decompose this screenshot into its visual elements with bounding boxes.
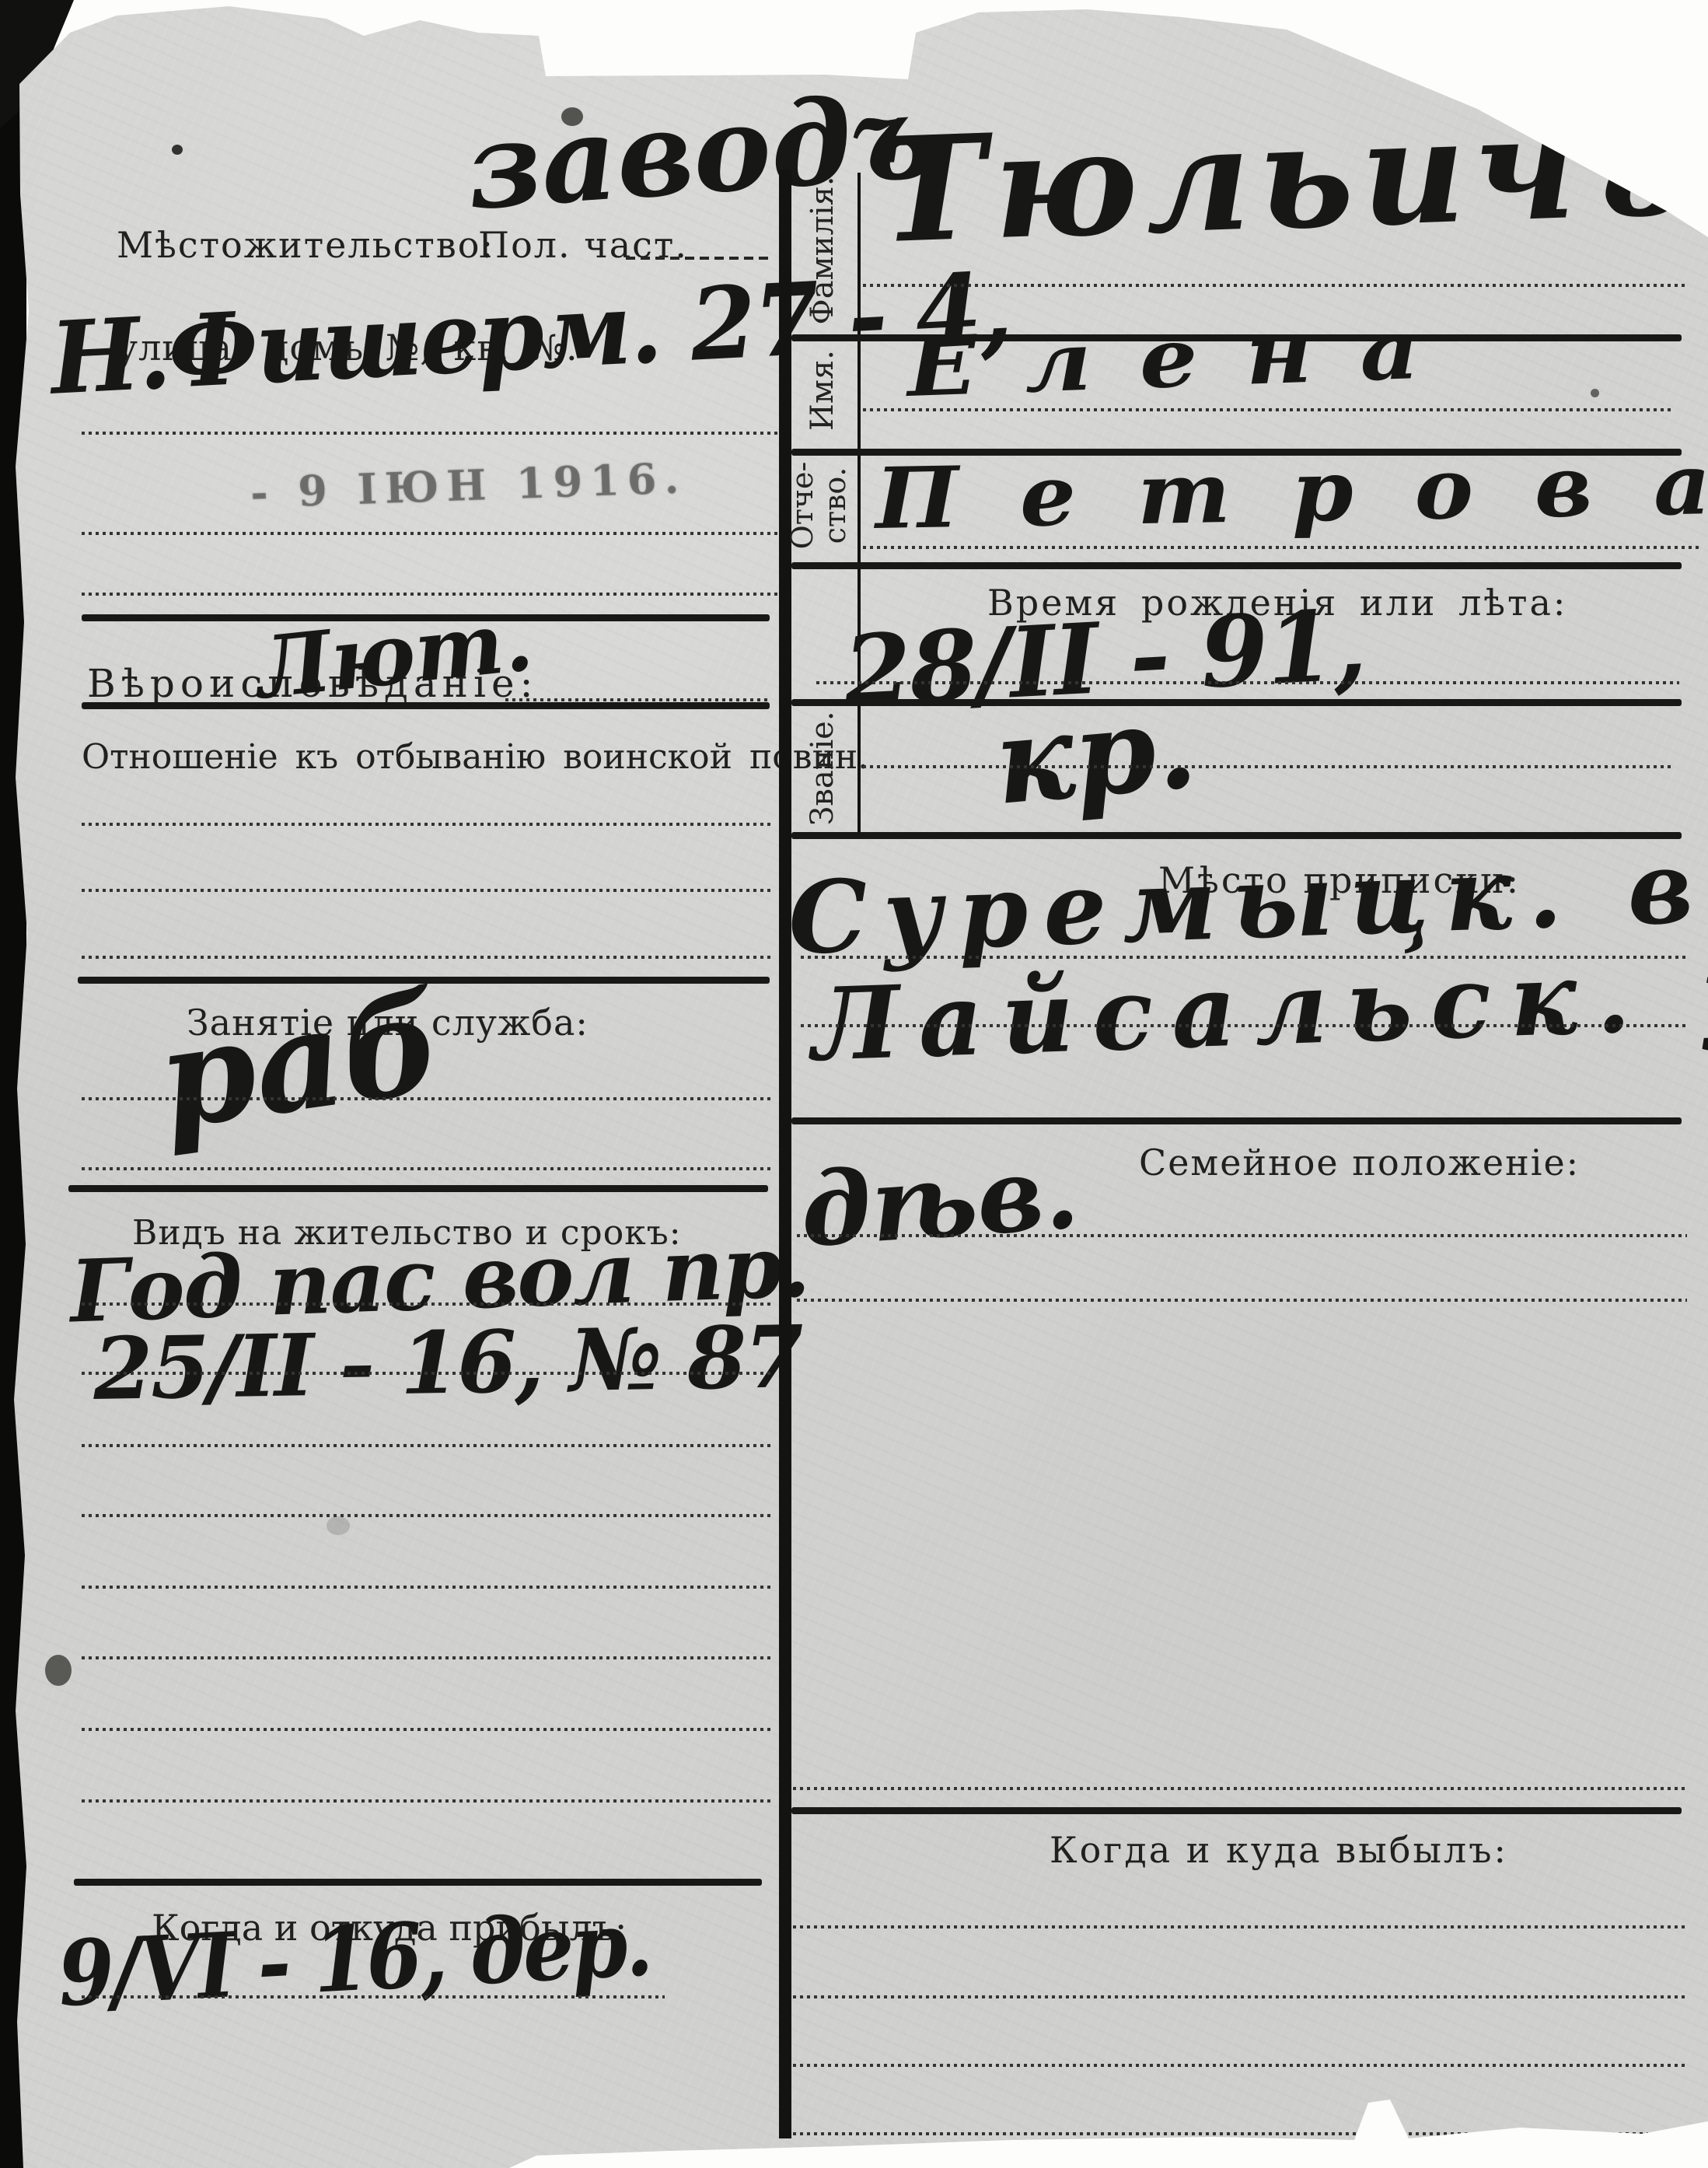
- section-line: [68, 1185, 768, 1192]
- ruled-line: [793, 2132, 1648, 2135]
- ruled-line: [863, 408, 1671, 411]
- police-part-value: заводъ: [463, 77, 941, 226]
- ink-speck: [172, 145, 183, 155]
- ruled-line: [863, 284, 1689, 287]
- ruled-line: [797, 1299, 1687, 1302]
- ruled-line: [82, 1728, 774, 1731]
- section-line: [74, 1879, 762, 1886]
- patronymic-value: Петрова: [875, 442, 1708, 541]
- surname-side-label: Фамилія.: [805, 177, 840, 325]
- paper-stain: [45, 1655, 72, 1686]
- label-strip-line: [857, 173, 861, 834]
- rank-value: кр.: [990, 687, 1201, 821]
- ruled-line: [816, 681, 1679, 684]
- patronymic-side-label: Отче- ство.: [787, 462, 852, 550]
- ruled-line: [82, 1444, 774, 1447]
- registration-value-line2: Лайсальск. у: [810, 942, 1708, 1075]
- name-side-label: Имя.: [805, 350, 840, 431]
- ruled-line: [82, 1586, 774, 1589]
- ruled-line: [82, 1167, 774, 1170]
- row-line: [791, 699, 1682, 706]
- permit-value-line2: 25/ІІ - 16, № 87: [93, 1314, 802, 1412]
- ruled-line: [82, 1303, 774, 1306]
- ruled-line: [626, 257, 774, 260]
- ruled-line: [82, 1799, 774, 1803]
- ruled-line: [505, 698, 770, 701]
- military-duty-label: Отношеніе къ отбыванію воинской повин.: [82, 737, 868, 777]
- rank-side-label: Званіе.: [805, 711, 840, 825]
- ruled-line: [801, 1024, 1687, 1027]
- ruled-line: [82, 532, 777, 535]
- ink-speck: [561, 107, 583, 126]
- ruled-line: [797, 1234, 1687, 1237]
- ruled-line: [82, 1995, 665, 1998]
- occupation-value: раб: [152, 975, 449, 1149]
- name-value: Елена: [906, 307, 1469, 408]
- ruled-line: [82, 1514, 774, 1517]
- family-status-label: Семейное положеніе:: [1139, 1142, 1580, 1184]
- ruled-line: [793, 1995, 1687, 1998]
- surname-value: Тюльичъ: [876, 91, 1698, 264]
- date-stamp: - 9 ІЮН 1916.: [250, 453, 687, 518]
- row-line: [791, 1807, 1682, 1814]
- ruled-line: [82, 432, 777, 435]
- family-status-value: дѣв.: [798, 1142, 1082, 1262]
- paper-stain: [327, 1516, 350, 1535]
- paper-sheet: Мѣстожительство: Пол. част. улица: домъ …: [0, 0, 1708, 2168]
- ruled-line: [82, 889, 774, 892]
- ruled-line: [793, 1787, 1687, 1790]
- residence-label: Мѣстожительство:: [117, 224, 494, 266]
- row-line: [791, 1117, 1682, 1124]
- ruled-line: [82, 1372, 774, 1375]
- ruled-line: [82, 956, 774, 959]
- ink-speck: [1591, 389, 1599, 397]
- ruled-line: [82, 823, 774, 826]
- section-line: [82, 702, 770, 709]
- departed-label: Когда и куда выбылъ:: [1050, 1829, 1508, 1871]
- arrived-value: 9/VІ - 16, дер.: [56, 1899, 652, 2019]
- ruled-line: [82, 593, 777, 596]
- row-line: [791, 562, 1682, 569]
- registration-card-scan: Мѣстожительство: Пол. част. улица: домъ …: [0, 0, 1708, 2168]
- ruled-line: [863, 765, 1671, 768]
- ruled-line: [793, 2064, 1687, 2067]
- ruled-line: [863, 546, 1703, 549]
- ruled-line: [82, 1656, 774, 1659]
- ruled-line: [793, 1925, 1687, 1928]
- ruled-line: [82, 1097, 774, 1100]
